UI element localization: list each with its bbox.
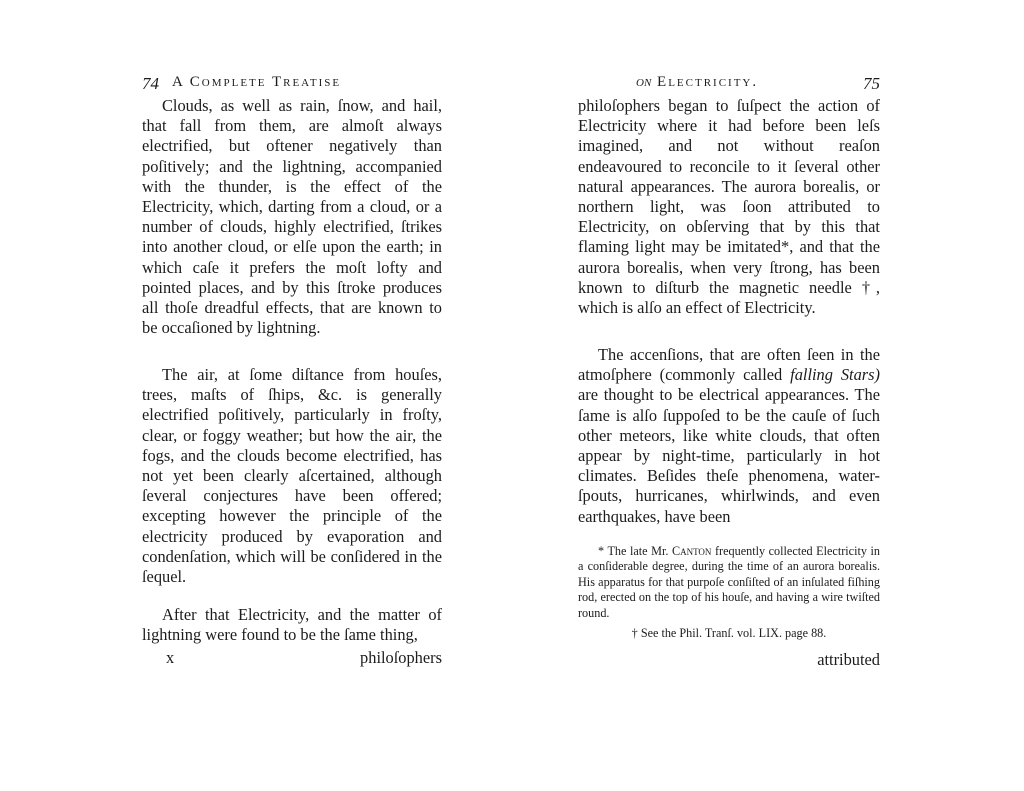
text-run: See the Phil. Tranſ. vol. LIX. page 88. <box>638 626 827 640</box>
footnote-ref-dagger: † <box>862 278 876 297</box>
text-run: The late Mr. <box>604 544 672 558</box>
paragraph: The air, at ſome diſtance from houſes, t… <box>142 365 442 587</box>
running-head-title: A Complete Treatise <box>172 74 341 91</box>
page-number: 75 <box>863 74 880 94</box>
paragraph-text: Clouds, as well as rain, ſnow, and hail,… <box>142 96 442 338</box>
paragraph-text: The accenſions, that are often ſeen in t… <box>578 345 880 527</box>
running-head-left: 74 A Complete Treatise <box>142 74 442 96</box>
paragraph: philoſophers began to ſuſpect the action… <box>578 96 880 318</box>
text-run: philoſophers began to ſuſpect the action… <box>578 96 880 256</box>
italic-phrase: falling Stars) <box>790 365 880 384</box>
right-page: on Electricity. 75 philoſophers began to… <box>578 0 880 791</box>
catchword: attributed <box>817 650 880 670</box>
paragraph-text: The air, at ſome diſtance from houſes, t… <box>142 365 442 587</box>
footnote: † See the Phil. Tranſ. vol. LIX. page 88… <box>578 626 880 641</box>
paragraph-text: philoſophers began to ſuſpect the action… <box>578 96 880 318</box>
page-foot: x philoſophers <box>142 648 442 668</box>
signature-mark: x <box>166 648 174 668</box>
text-run: are thought to be electrical appearances… <box>578 385 880 525</box>
footnotes: * The late Mr. Canton frequently collect… <box>578 544 880 641</box>
person-name: Canton <box>672 544 711 558</box>
paragraph: Clouds, as well as rain, ſnow, and hail,… <box>142 96 442 338</box>
running-head-prefix: on <box>636 74 651 90</box>
running-head-title: on Electricity. <box>636 74 758 91</box>
paragraph: After that Electricity, and the matter o… <box>142 605 442 645</box>
catchword: philoſophers <box>360 648 442 668</box>
running-head-main: Electricity. <box>657 74 758 90</box>
paragraph: The accenſions, that are often ſeen in t… <box>578 345 880 527</box>
page-number: 74 <box>142 74 159 94</box>
left-page: 74 A Complete Treatise Clouds, as well a… <box>142 0 442 791</box>
footnote-ref-asterisk: * <box>781 237 789 256</box>
running-head-right: on Electricity. 75 <box>578 74 880 96</box>
footnote: * The late Mr. Canton frequently collect… <box>578 544 880 621</box>
paragraph-text: After that Electricity, and the matter o… <box>142 605 442 645</box>
